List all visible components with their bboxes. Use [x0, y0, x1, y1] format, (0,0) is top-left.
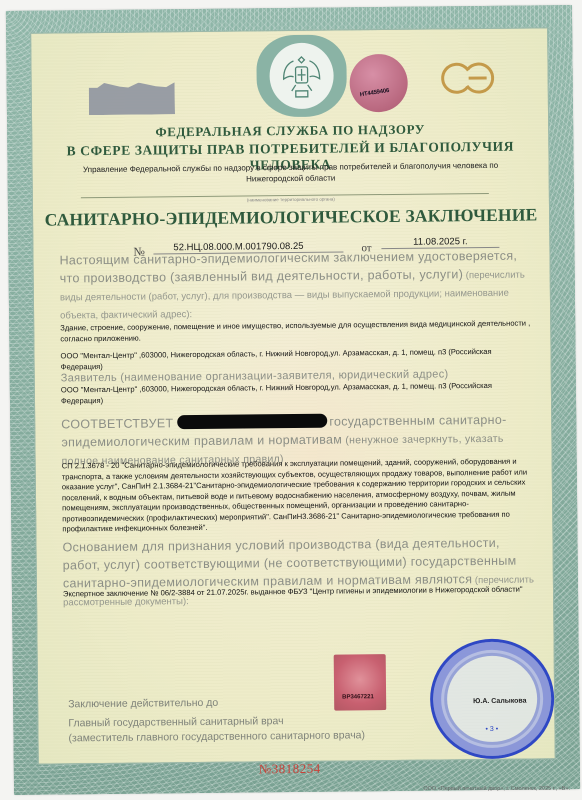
official-seal: Ю.А. Салыкова • 3 • [430, 638, 555, 759]
applicant-value: ООО "Ментал-Центр" ,603000, Нижегородска… [61, 380, 535, 406]
chief-line-2: (заместитель главного государственного с… [68, 728, 365, 746]
hologram-code: НТ4459406 [360, 88, 390, 98]
redaction-bar [177, 414, 327, 430]
se-mark-icon [436, 59, 498, 98]
emblem-icon [256, 34, 347, 117]
basis-text: Основанием для признания условий произво… [62, 536, 516, 591]
chief-doctor: Главный государственный санитарный врач … [68, 713, 365, 746]
hologram-code: ВР3467221 [342, 694, 374, 700]
hologram-sticker-top: НТ4459406 [349, 54, 408, 113]
validity-label: Заключение действительно до [68, 697, 218, 711]
sanitary-rules: СП 2.1.3678 - 20 "Санитарно-эпидемиологи… [62, 456, 537, 534]
agency-name: Управление Федеральной службы по надзору… [63, 160, 519, 187]
security-strip [89, 82, 175, 115]
intro-paragraph: Настоящим санитарно-эпидемиологическим з… [59, 246, 534, 344]
form-serial-number: №3818254 [259, 761, 321, 778]
certificate-sheet: НТ4459406 ФЕДЕРАЛЬНАЯ СЛУЖБА ПО НАДЗОРУ … [6, 5, 580, 795]
printer-imprint: ООО «Первый печатный двор», г. Смоленск,… [423, 786, 570, 792]
seal-number: • 3 • [485, 726, 498, 733]
intro-text: Настоящим санитарно-эпидемиологическим з… [59, 249, 517, 286]
certificate-body: НТ4459406 ФЕДЕРАЛЬНАЯ СЛУЖБА ПО НАДЗОРУ … [30, 27, 556, 764]
hologram-sticker-bottom: ВР3467221 [334, 654, 387, 711]
double-headed-eagle-icon [279, 51, 324, 101]
signature: Ю.А. Салыкова [473, 698, 526, 706]
object-value: Здание, строение, сооружение, помещение … [60, 318, 534, 344]
conformity-word: СООТВЕТСТВУЕТ [61, 416, 173, 431]
document-title: САНИТАРНО-ЭПИДЕМИОЛОГИЧЕСКОЕ ЗАКЛЮЧЕНИЕ [33, 204, 549, 230]
